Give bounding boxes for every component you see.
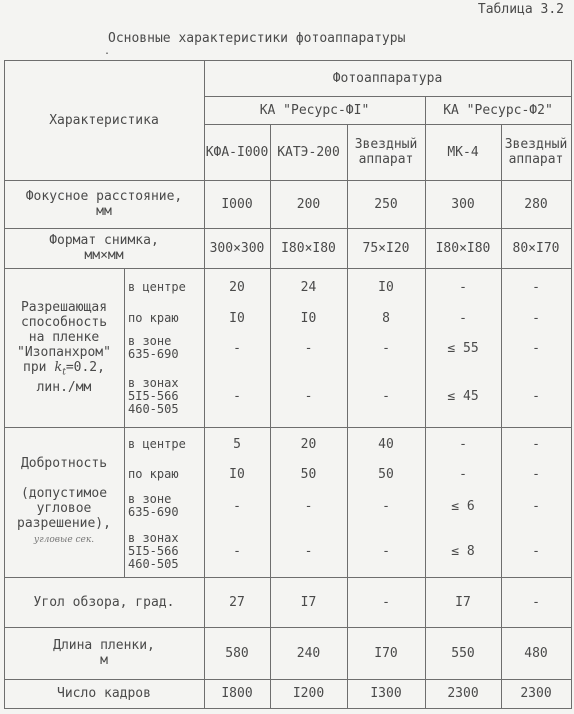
header-instrument: Звездныйаппарат [501,124,571,180]
quality-factor-sub-label: в центре [124,427,204,461]
frame-format-value: I80×I80 [425,228,501,268]
focal-length-value: 300 [425,180,501,228]
resolving-power-value: - [501,365,571,428]
film-length-value: 580 [204,627,270,679]
quality-factor-value: 20 [270,427,347,461]
resolving-power-value: - [270,331,347,365]
quality-factor-value: - [501,427,571,461]
quality-factor-value: - [501,487,571,525]
resolving-power-value: - [501,331,571,365]
field-of-view-value: I7 [270,577,347,627]
quality-factor-value: - [501,525,571,577]
resolving-power-value: - [347,331,425,365]
quality-factor-value: - [347,525,425,577]
quality-factor-value: - [347,487,425,525]
resolving-power-value: - [501,268,571,306]
frame-count-label: Число кадров [4,679,204,708]
film-length-value: 480 [501,627,571,679]
quality-factor-label: Добротность (допустимоеугловоеразрешение… [4,427,124,577]
film-length-value: 240 [270,627,347,679]
resolving-power-sub-label: в центре [124,268,204,306]
header-instrument: МК-4 [425,124,501,180]
resolving-power-value: ≤ 55 [425,331,501,365]
table-bottom-border [4,708,572,709]
resolving-power-value: - [425,306,501,331]
resolving-power-value: 24 [270,268,347,306]
quality-factor-value: 50 [347,461,425,487]
resolving-power-sub-label: по краю [124,306,204,331]
resolving-power-value: - [501,306,571,331]
resolving-power-value: - [270,365,347,428]
field-of-view-value: I7 [425,577,501,627]
focal-length-label: Фокусное расстояние,мм [4,180,204,228]
field-of-view-value: - [501,577,571,627]
focal-length-value: 280 [501,180,571,228]
header-equipment-group: Фотоаппаратура [204,60,571,96]
frame-format-value: 300×300 [204,228,270,268]
field-of-view-value: - [347,577,425,627]
film-length-value: 550 [425,627,501,679]
frame-format-value: 75×I20 [347,228,425,268]
film-length-value: I70 [347,627,425,679]
quality-factor-sub-label: в зоне635-690 [124,487,204,525]
quality-factor-value: - [270,487,347,525]
resolving-power-value: I0 [347,268,425,306]
resolving-power-value: 20 [204,268,270,306]
quality-factor-value: - [204,487,270,525]
caption-mark: . [104,46,110,57]
focal-length-value: 250 [347,180,425,228]
quality-factor-sub-label: по краю [124,461,204,487]
frame-format-label: Формат снимка,мм×мм [4,228,204,268]
table-number: Таблица 3.2 [478,2,564,17]
quality-factor-value: I0 [204,461,270,487]
resolving-power-label: Разрешающаяспособностьна пленке"Изопанхр… [4,268,124,427]
quality-factor-value: - [425,461,501,487]
focal-length-value: 200 [270,180,347,228]
quality-factor-value: - [425,427,501,461]
frame-count-value: I200 [270,679,347,708]
quality-factor-value: - [204,525,270,577]
frame-format-value: 80×I70 [501,228,571,268]
resolving-power-value: I0 [270,306,347,331]
field-of-view-label: Угол обзора, град. [4,577,204,627]
resolving-power-value: 8 [347,306,425,331]
table-caption: Основные характеристики фотоаппаратуры [108,31,405,46]
film-length-label: Длина пленки,м [4,627,204,679]
header-instrument: КФА-I000 [204,124,270,180]
header-instrument: Звездныйаппарат [347,124,425,180]
resolving-power-value: I0 [204,306,270,331]
quality-factor-value: 5 [204,427,270,461]
frame-count-value: I300 [347,679,425,708]
focal-length-value: I000 [204,180,270,228]
quality-factor-sub-label: в зонах5I5-566460-505 [124,525,204,577]
quality-factor-value: ≤ 6 [425,487,501,525]
resolving-power-value: - [204,365,270,428]
resolving-power-sub-label: в зоне635-690 [124,331,204,365]
quality-factor-value: - [270,525,347,577]
table-right-border [571,60,572,709]
field-of-view-value: 27 [204,577,270,627]
header-instrument: КАТЭ-200 [270,124,347,180]
resolving-power-value: ≤ 45 [425,365,501,428]
resolving-power-value: - [204,331,270,365]
frame-count-value: 2300 [425,679,501,708]
resolving-power-sub-label: в зонах5I5-566460-505 [124,365,204,428]
header-characteristic: Характеристика [4,60,204,180]
resolving-power-value: - [425,268,501,306]
header-satellite-resurs-f1: КА "Ресурс-ФI" [204,96,425,124]
quality-factor-value: ≤ 8 [425,525,501,577]
quality-factor-value: - [501,461,571,487]
frame-format-value: I80×I80 [270,228,347,268]
header-satellite-resurs-f2: КА "Ресурс-Ф2" [425,96,571,124]
quality-factor-value: 50 [270,461,347,487]
frame-count-value: I800 [204,679,270,708]
quality-factor-value: 40 [347,427,425,461]
frame-count-value: 2300 [501,679,571,708]
resolving-power-value: - [347,365,425,428]
